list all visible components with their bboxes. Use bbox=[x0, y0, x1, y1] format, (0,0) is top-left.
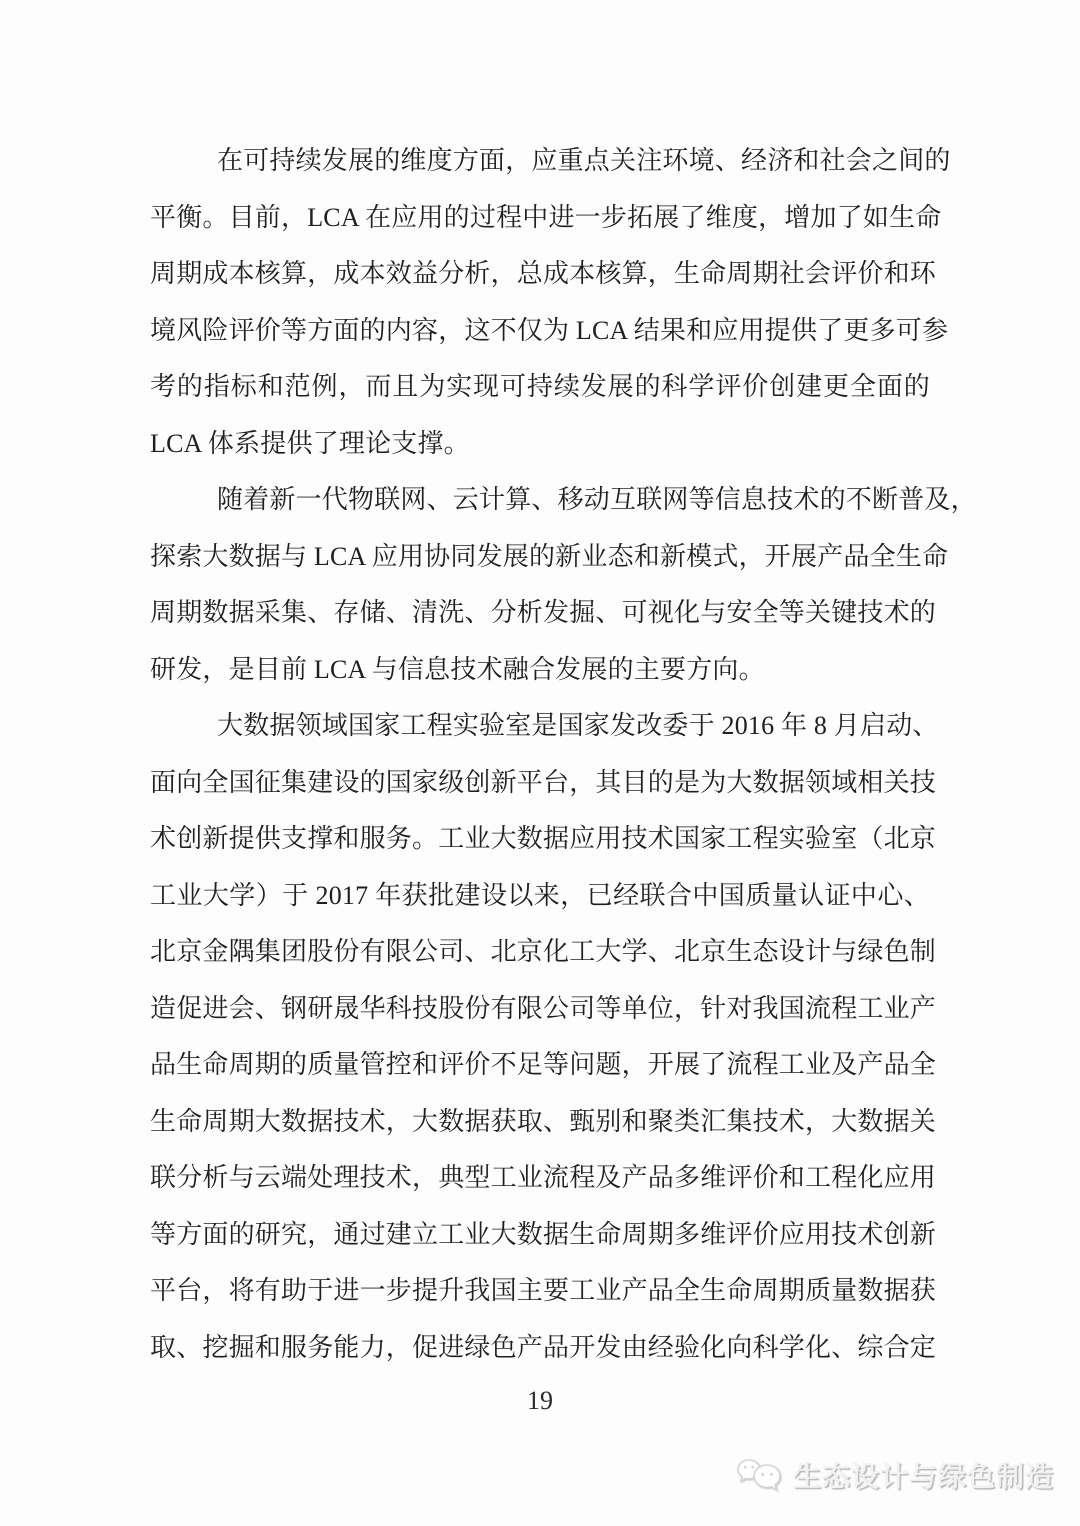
text-line: 联分析与云端处理技术，典型工业流程及产品多维评价和工程化应用 bbox=[150, 1150, 930, 1207]
text-line: 等方面的研究，通过建立工业大数据生命周期多维评价应用技术创新 bbox=[150, 1207, 930, 1264]
text-line: 北京金隅集团股份有限公司、北京化工大学、北京生态设计与绿色制 bbox=[150, 924, 930, 981]
text-line: 平台，将有助于进一步提升我国主要工业产品全生命周期质量数据获 bbox=[150, 1263, 930, 1320]
text-line: 平衡。目前，LCA 在应用的过程中进一步拓展了维度，增加了如生命 bbox=[150, 190, 930, 247]
text-line: 取、挖掘和服务能力，促进绿色产品开发由经验化向科学化、综合定 bbox=[150, 1320, 930, 1377]
text-line: 考的指标和范例，而且为实现可持续发展的科学评价创建更全面的 bbox=[150, 359, 930, 416]
footer-watermark: 生态设计与绿色制造 bbox=[736, 1455, 1054, 1495]
text-block: 在可持续发展的维度方面，应重点关注环境、经济和社会之间的平衡。目前，LCA 在应… bbox=[150, 133, 930, 1376]
text-line: 研发，是目前 LCA 与信息技术融合发展的主要方向。 bbox=[150, 642, 930, 699]
text-line: 大数据领域国家工程实验室是国家发改委于 2016 年 8 月启动、 bbox=[150, 698, 930, 755]
watermark-text: 生态设计与绿色制造 bbox=[793, 1455, 1054, 1495]
text-line: 周期数据采集、存储、清洗、分析发掘、可视化与安全等关键技术的 bbox=[150, 585, 930, 642]
text-line: 周期成本核算，成本效益分析，总成本核算，生命周期社会评价和环 bbox=[150, 246, 930, 303]
page-number: 19 bbox=[150, 1381, 930, 1421]
text-line: 生命周期大数据技术，大数据获取、甄别和聚类汇集技术，大数据关 bbox=[150, 1094, 930, 1151]
text-line: 工业大学）于 2017 年获批建设以来，已经联合中国质量认证中心、 bbox=[150, 868, 930, 925]
text-line: 境风险评价等方面的内容，这不仅为 LCA 结果和应用提供了更多可参 bbox=[150, 303, 930, 360]
document-page: 在可持续发展的维度方面，应重点关注环境、经济和社会之间的平衡。目前，LCA 在应… bbox=[0, 0, 1080, 1526]
text-line: LCA 体系提供了理论支撑。 bbox=[150, 416, 930, 473]
text-line: 探索大数据与 LCA 应用协同发展的新业态和新模式，开展产品全生命 bbox=[150, 529, 930, 586]
text-line: 品生命周期的质量管控和评价不足等问题，开展了流程工业及产品全 bbox=[150, 1037, 930, 1094]
text-line: 造促进会、钢研晟华科技股份有限公司等单位，针对我国流程工业产 bbox=[150, 981, 930, 1038]
text-line: 面向全国征集建设的国家级创新平台，其目的是为大数据领域相关技 bbox=[150, 755, 930, 812]
text-line: 术创新提供支撑和服务。工业大数据应用技术国家工程实验室（北京 bbox=[150, 811, 930, 868]
text-line: 随着新一代物联网、云计算、移动互联网等信息技术的不断普及， bbox=[150, 472, 930, 529]
text-line: 在可持续发展的维度方面，应重点关注环境、经济和社会之间的 bbox=[150, 133, 930, 190]
wechat-logo-icon bbox=[736, 1457, 784, 1493]
